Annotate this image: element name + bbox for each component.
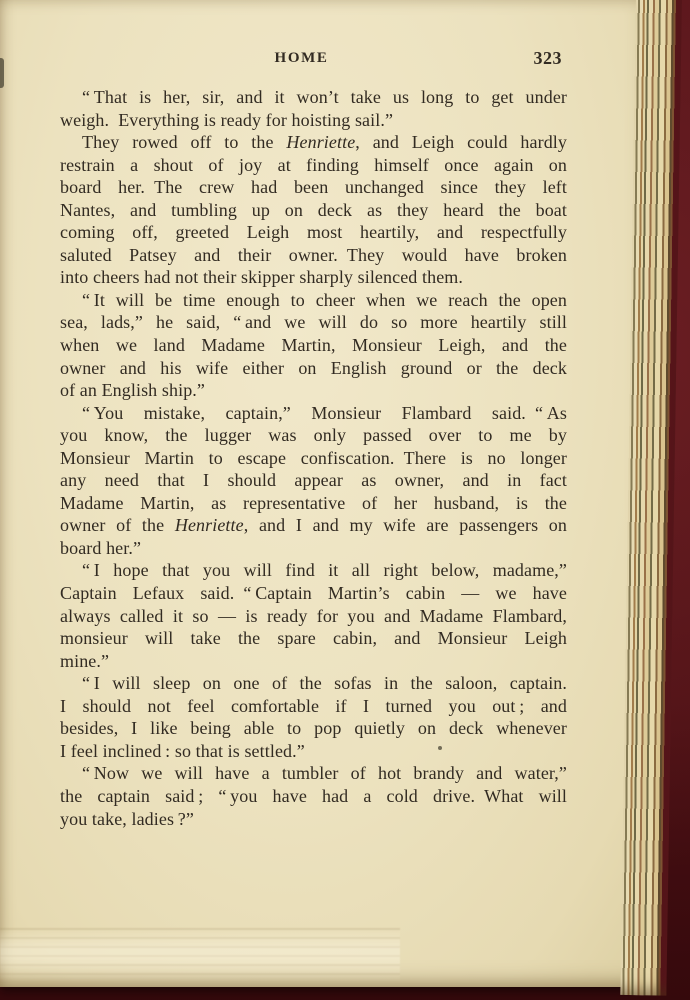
book-page: HOME 323 “ That is her, sir, and it won’… bbox=[0, 0, 650, 987]
text-line: restrain a shout of joy at finding himse… bbox=[60, 154, 567, 177]
page-number: 323 bbox=[534, 48, 563, 69]
text-line: “ Now we will have a tumbler of hot bran… bbox=[60, 762, 567, 785]
text-line: saluted Patsey and their owner. They wou… bbox=[60, 244, 567, 267]
text-line: Captain Lefaux said. “ Captain Martin’s … bbox=[60, 582, 567, 605]
text-line: weigh. Everything is ready for hoisting … bbox=[60, 109, 567, 132]
book-photo: HOME 323 “ That is her, sir, and it won’… bbox=[0, 0, 690, 1000]
text-line: you take, ladies ?” bbox=[60, 808, 567, 831]
text-line: you know, the lugger was only passed ove… bbox=[60, 424, 567, 447]
text-line: coming off, greeted Leigh most heartily,… bbox=[60, 221, 567, 244]
page-edge-nick bbox=[0, 58, 4, 88]
text-line: mine.” bbox=[60, 650, 567, 673]
text-line: besides, I like being able to pop quietl… bbox=[60, 717, 567, 740]
ink-speck bbox=[438, 746, 442, 750]
text-line: when we land Madame Martin, Monsieur Lei… bbox=[60, 334, 567, 357]
text-line: “ That is her, sir, and it won’t take us… bbox=[60, 86, 567, 109]
text-line: “ You mistake, captain,” Monsieur Flamba… bbox=[60, 402, 567, 425]
text-line: “ I hope that you will find it all right… bbox=[60, 559, 567, 582]
text-line: of an English ship.” bbox=[60, 379, 567, 402]
running-title: HOME bbox=[60, 50, 543, 67]
text-line: “ I will sleep on one of the sofas in th… bbox=[60, 672, 567, 695]
text-line: I should not feel comfortable if I turne… bbox=[60, 695, 567, 718]
paragraph: “ It will be time enough to cheer when w… bbox=[60, 289, 567, 402]
text-line: into cheers had not their skipper sharpl… bbox=[60, 266, 567, 289]
text-line: Madame Martin, as representative of her … bbox=[60, 492, 567, 515]
text-column: “ That is her, sir, and it won’t take us… bbox=[60, 86, 567, 830]
paragraph: “ You mistake, captain,” Monsieur Flamba… bbox=[60, 402, 567, 560]
underlying-page-streaks bbox=[0, 928, 400, 982]
text-line: owner of the Henriette, and I and my wif… bbox=[60, 514, 567, 537]
text-line: I feel inclined : so that is settled.” bbox=[60, 740, 567, 763]
text-line: Monsieur Martin to escape confiscation. … bbox=[60, 447, 567, 470]
text-line: monsieur will take the spare cabin, and … bbox=[60, 627, 567, 650]
page-header: HOME 323 bbox=[60, 50, 567, 72]
text-line: the captain said ; “ you have had a cold… bbox=[60, 785, 567, 808]
paragraph: “ That is her, sir, and it won’t take us… bbox=[60, 86, 567, 131]
text-line: board her.” bbox=[60, 537, 567, 560]
text-line: always called it so — is ready for you a… bbox=[60, 605, 567, 628]
text-line: owner and his wife either on English gro… bbox=[60, 357, 567, 380]
paragraph: “ I will sleep on one of the sofas in th… bbox=[60, 672, 567, 762]
text-line: Nantes, and tumbling up on deck as they … bbox=[60, 199, 567, 222]
text-line: They rowed off to the Henriette, and Lei… bbox=[60, 131, 567, 154]
text-line: sea, lads,” he said, “ and we will do so… bbox=[60, 311, 567, 334]
paragraph: “ I hope that you will find it all right… bbox=[60, 559, 567, 672]
paragraph: They rowed off to the Henriette, and Lei… bbox=[60, 131, 567, 289]
paragraph: “ Now we will have a tumbler of hot bran… bbox=[60, 762, 567, 830]
text-line: board her. The crew had been unchanged s… bbox=[60, 176, 567, 199]
text-line: “ It will be time enough to cheer when w… bbox=[60, 289, 567, 312]
text-line: any need that I should appear as owner, … bbox=[60, 469, 567, 492]
